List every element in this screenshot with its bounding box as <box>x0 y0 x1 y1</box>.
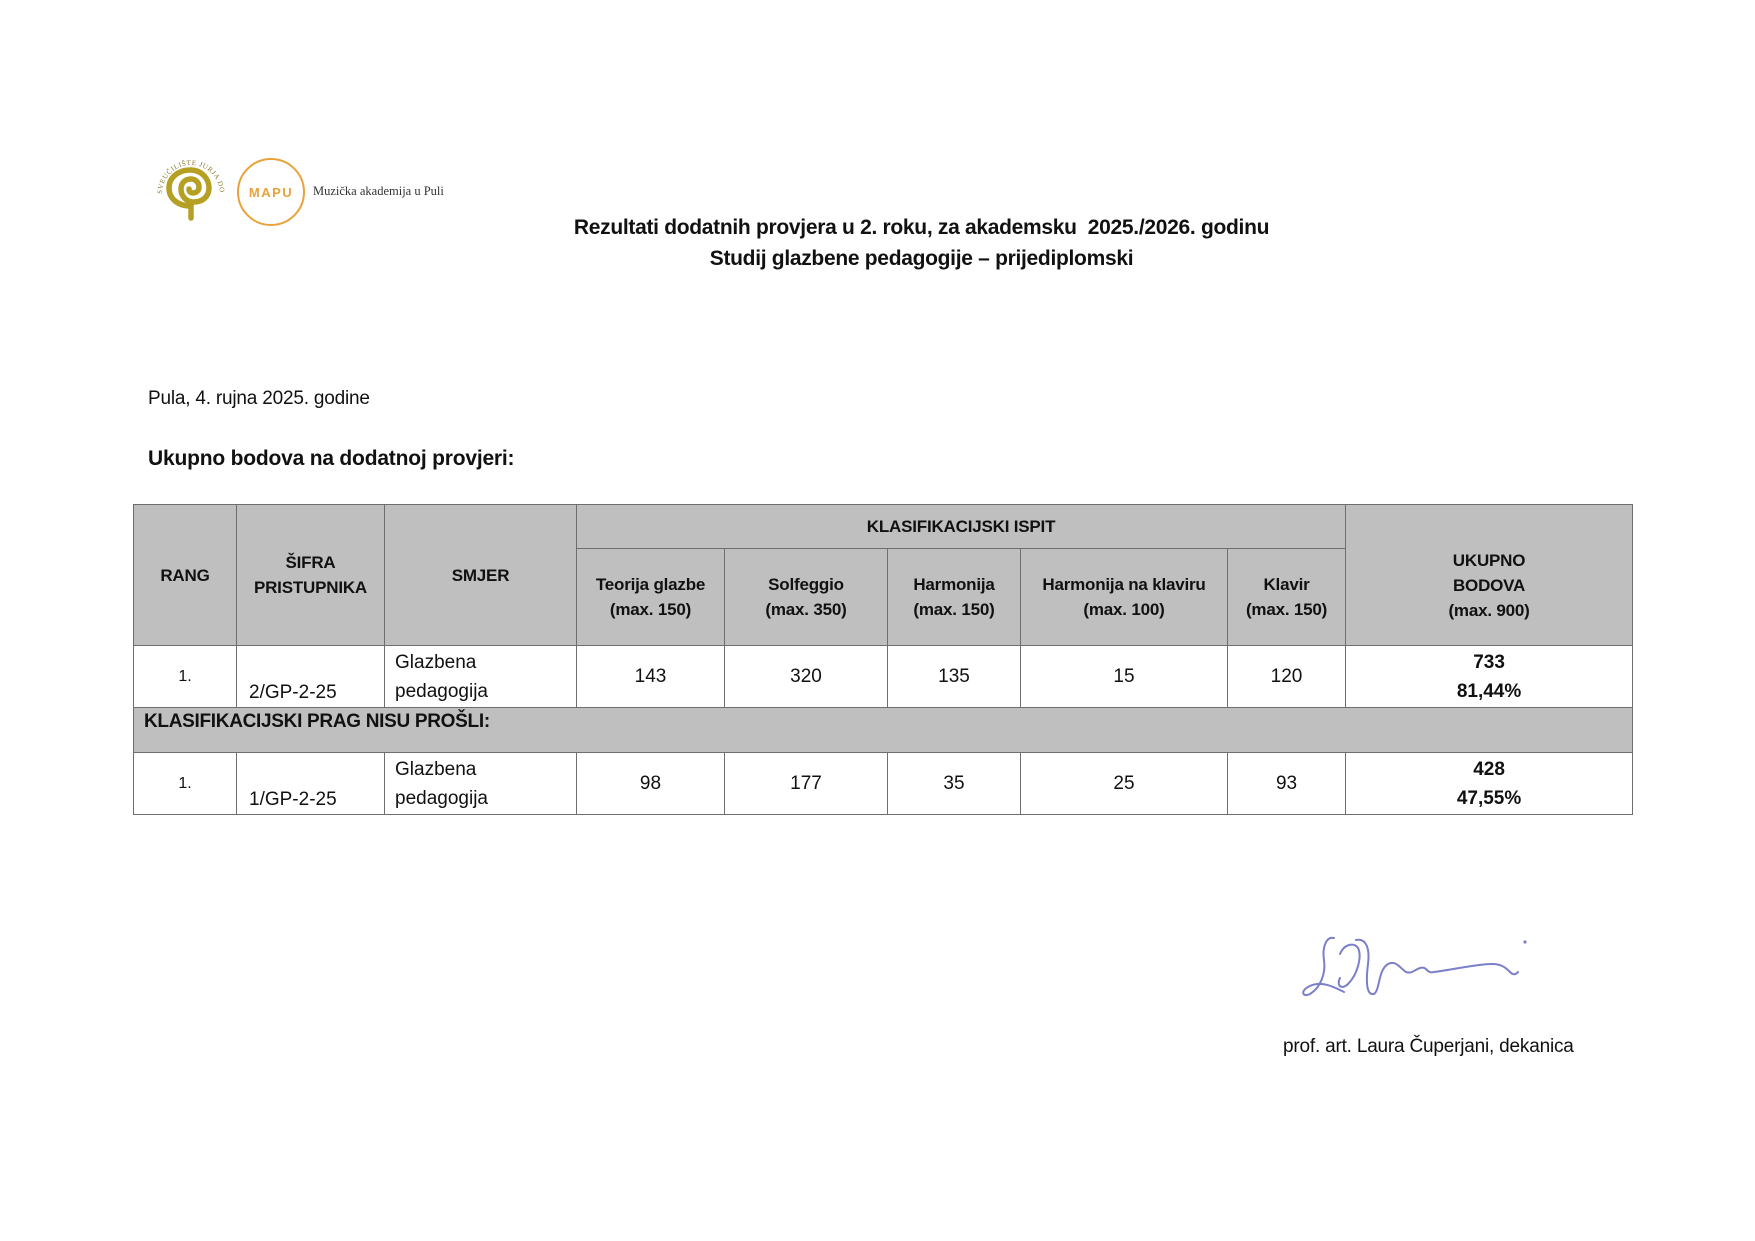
col-harmonija: Harmonija (max. 150) <box>888 549 1021 646</box>
total-percent: 81,44% <box>1346 677 1632 706</box>
col-rang: RANG <box>134 505 237 646</box>
subject-name: Klavir <box>1228 572 1345 597</box>
cell-smjer: Glazbena pedagogija <box>385 753 577 815</box>
total-points: 733 <box>1346 648 1632 677</box>
col-ukupno-line1: UKUPNO <box>1346 548 1632 573</box>
document-title: Rezultati dodatnih provjera u 2. roku, z… <box>0 216 1755 240</box>
cell-teorija-glazbe: 98 <box>577 753 725 815</box>
results-table: RANG ŠIFRA PRISTUPNIKA SMJER KLASIFIKACI… <box>133 504 1633 815</box>
cell-ukupno: 428 47,55% <box>1346 753 1633 815</box>
cell-sifra: 1/GP-2-25 <box>237 753 385 815</box>
cell-teorija-glazbe: 143 <box>577 646 725 708</box>
institution-name: Muzička akademija u Puli <box>313 184 444 199</box>
subject-name: Teorija glazbe <box>577 572 724 597</box>
total-points: 428 <box>1346 755 1632 784</box>
cell-harmonija: 35 <box>888 753 1021 815</box>
threshold-row: KLASIFIKACIJSKI PRAG NISU PROŠLI: <box>134 708 1633 753</box>
subject-max: (max. 350) <box>725 597 887 622</box>
cell-sifra: 2/GP-2-25 <box>237 646 385 708</box>
cell-harmonija: 135 <box>888 646 1021 708</box>
col-solfeggio: Solfeggio (max. 350) <box>725 549 888 646</box>
signer-name: prof. art. Laura Čuperjani, dekanica <box>1283 1036 1574 1058</box>
table-row-passed: 1. 2/GP-2-25 Glazbena pedagogija 143 320… <box>134 646 1633 708</box>
subject-name: Harmonija <box>888 572 1020 597</box>
cell-klavir: 93 <box>1228 753 1346 815</box>
col-group-klasifikacijski-ispit: KLASIFIKACIJSKI ISPIT <box>577 505 1346 549</box>
header-row: RANG ŠIFRA PRISTUPNIKA SMJER KLASIFIKACI… <box>134 505 1633 549</box>
subject-max: (max. 100) <box>1021 597 1227 622</box>
cell-solfeggio: 320 <box>725 646 888 708</box>
cell-harmonija-na-klaviru: 25 <box>1021 753 1228 815</box>
cell-ukupno: 733 81,44% <box>1346 646 1633 708</box>
cell-harmonija-na-klaviru: 15 <box>1021 646 1228 708</box>
cell-solfeggio: 177 <box>725 753 888 815</box>
col-ukupno-line3: (max. 900) <box>1346 598 1632 623</box>
subject-max: (max. 150) <box>1228 597 1345 622</box>
date-line: Pula, 4. rujna 2025. godine <box>148 388 370 410</box>
col-sifra-line2: PRISTUPNIKA <box>237 575 384 600</box>
col-smjer: SMJER <box>385 505 577 646</box>
smjer-line1: Glazbena <box>395 755 576 784</box>
table-row-failed: 1. 1/GP-2-25 Glazbena pedagogija 98 177 … <box>134 753 1633 815</box>
smjer-line1: Glazbena <box>395 648 576 677</box>
signature-icon <box>1296 930 1558 1012</box>
subject-name: Solfeggio <box>725 572 887 597</box>
cell-smjer: Glazbena pedagogija <box>385 646 577 708</box>
cell-rang: 1. <box>134 646 237 708</box>
smjer-line2: pedagogija <box>395 677 576 706</box>
col-ukupno: UKUPNO BODOVA (max. 900) <box>1346 505 1633 646</box>
subject-max: (max. 150) <box>888 597 1020 622</box>
cell-rang: 1. <box>134 753 237 815</box>
col-klavir: Klavir (max. 150) <box>1228 549 1346 646</box>
col-sifra: ŠIFRA PRISTUPNIKA <box>237 505 385 646</box>
smjer-line2: pedagogija <box>395 784 576 813</box>
col-teorija-glazbe: Teorija glazbe (max. 150) <box>577 549 725 646</box>
mapu-logo-text: MAPU <box>249 185 293 200</box>
subject-name: Harmonija na klaviru <box>1021 572 1227 597</box>
col-harmonija-na-klaviru: Harmonija na klaviru (max. 100) <box>1021 549 1228 646</box>
section-title: Ukupno bodova na dodatnoj provjeri: <box>148 447 514 471</box>
total-percent: 47,55% <box>1346 784 1632 813</box>
col-sifra-line1: ŠIFRA <box>237 550 384 575</box>
subject-max: (max. 150) <box>577 597 724 622</box>
document-subtitle: Studij glazbene pedagogije – prijediplom… <box>0 247 1755 271</box>
threshold-label: KLASIFIKACIJSKI PRAG NISU PROŠLI: <box>134 708 1633 753</box>
cell-klavir: 120 <box>1228 646 1346 708</box>
signature <box>1296 930 1558 1012</box>
col-ukupno-line2: BODOVA <box>1346 573 1632 598</box>
